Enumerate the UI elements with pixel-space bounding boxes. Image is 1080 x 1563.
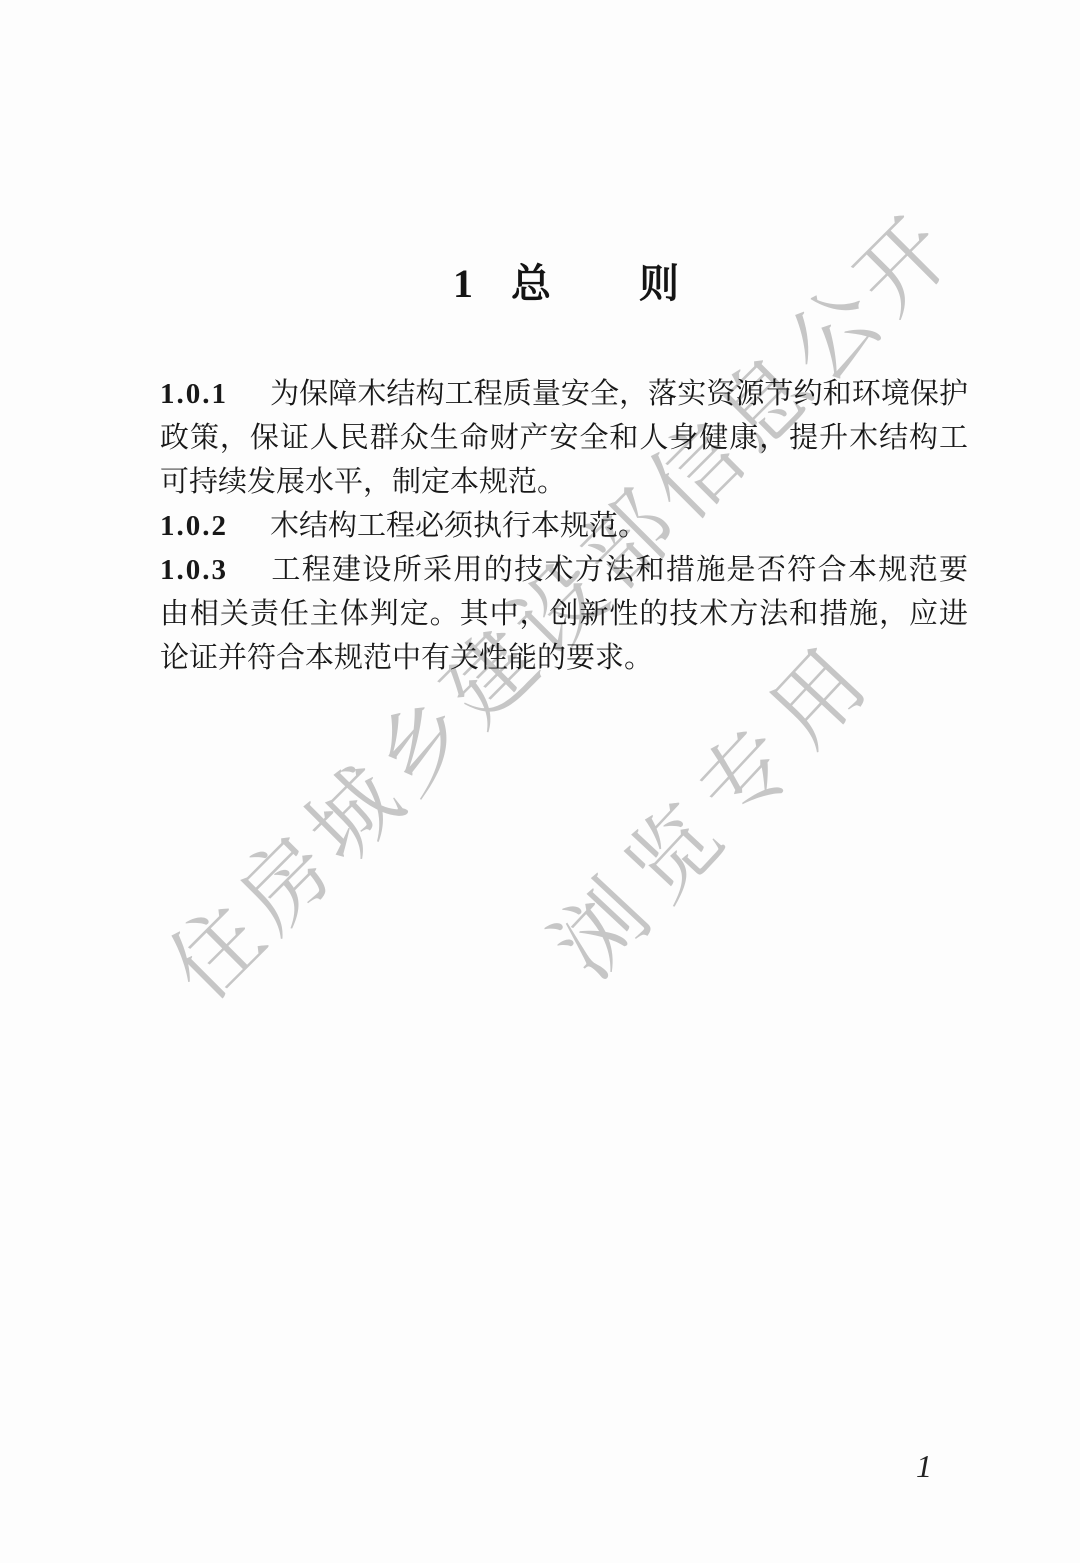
clause-1-0-1: 1.0.1为保障木结构工程质量安全，落实资源节约和环境保护 政策，保证人民群众生… (160, 372, 968, 504)
chapter-title-char-second: 则 (639, 262, 679, 306)
document-page: 住房城乡建设部信息公开 浏览专用 1 总 则 1.0.1为保障木结构工程质量安全… (0, 0, 1080, 1563)
clause-line: 政策，保证人民群众生命财产安全和人身健康，提升木结构工程 (160, 416, 968, 460)
clause-number: 1.0.1 (160, 378, 228, 410)
clause-last-line: 可持续发展水平，制定本规范。 (160, 460, 968, 504)
clauses-container: 1.0.1为保障木结构工程质量安全，落实资源节约和环境保护 政策，保证人民群众生… (160, 372, 968, 680)
chapter-title-char-first: 总 (511, 262, 551, 306)
clause-text: 木结构工程必须执行本规范。 (270, 510, 647, 542)
clause-number: 1.0.2 (160, 510, 228, 542)
clause-line: 由相关责任主体判定。其中，创新性的技术方法和措施，应进行 (160, 592, 968, 636)
clause-text: 为保障木结构工程质量安全，落实资源节约和环境保护 (270, 378, 968, 410)
clause-1-0-2: 1.0.2木结构工程必须执行本规范。 (160, 504, 968, 548)
clause-last-line: 论证并符合本规范中有关性能的要求。 (160, 636, 968, 680)
clause-first-line: 1.0.1为保障木结构工程质量安全，落实资源节约和环境保护 (160, 372, 968, 416)
clause-number: 1.0.3 (160, 554, 228, 586)
chapter-number: 1 (453, 262, 473, 306)
clause-text: 工程建设所采用的技术方法和措施是否符合本规范要求， (160, 554, 968, 592)
clause-first-line: 1.0.2木结构工程必须执行本规范。 (160, 504, 968, 548)
clause-1-0-3: 1.0.3工程建设所采用的技术方法和措施是否符合本规范要求， 由相关责任主体判定… (160, 548, 968, 680)
clause-first-line: 1.0.3工程建设所采用的技术方法和措施是否符合本规范要求， (160, 548, 968, 592)
page-number: 1 (916, 1448, 932, 1485)
chapter-title: 1 总 则 (453, 262, 679, 306)
